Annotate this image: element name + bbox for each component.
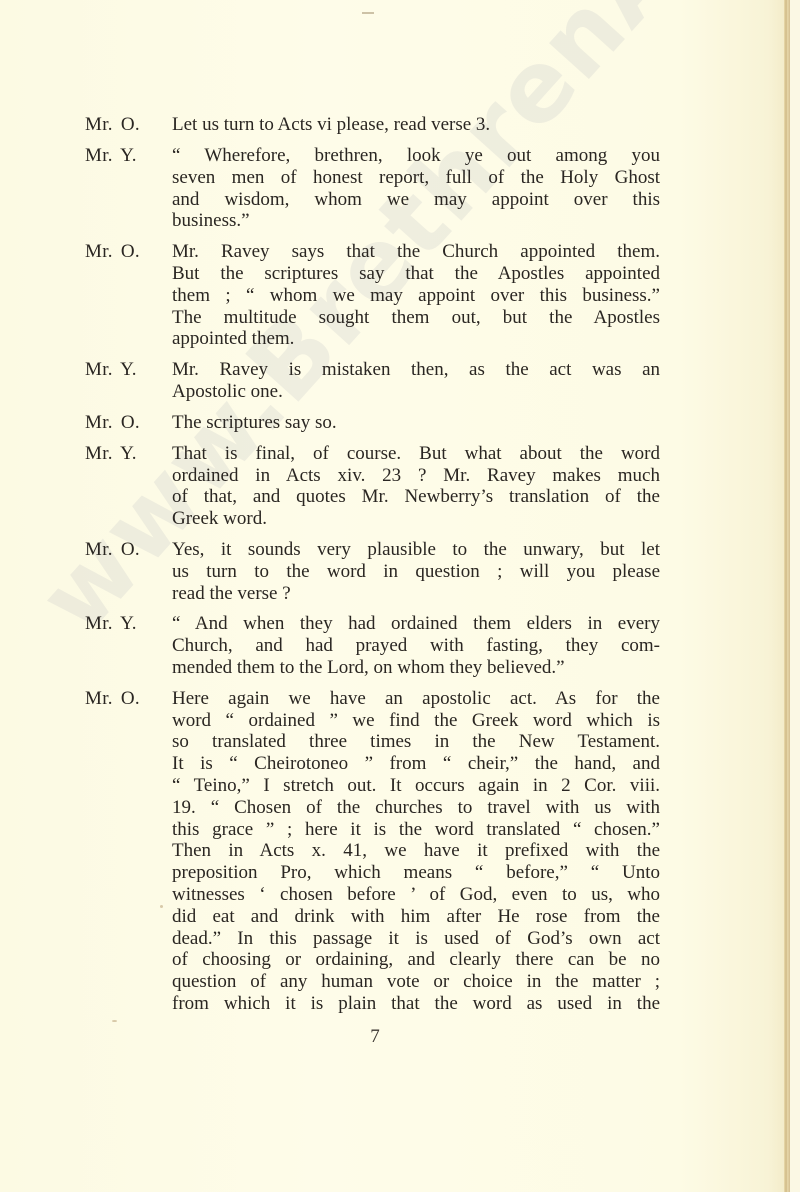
text-line: Yes, it sounds very plausible to the unw… <box>172 539 660 561</box>
speaker-label: Mr. O. <box>85 114 172 136</box>
text-line: The multitude sought them out, but the A… <box>172 307 660 329</box>
text-line: appointed them. <box>172 328 660 350</box>
speech-text: Mr. Ravey is mistaken then, as the act w… <box>172 359 660 403</box>
text-line: of that, and quotes Mr. Newberry’s trans… <box>172 486 660 508</box>
text-line: Greek word. <box>172 508 660 530</box>
text-line: 19. “ Chosen of the churches to travel w… <box>172 797 660 819</box>
text-line: did eat and drink with him after He rose… <box>172 906 660 928</box>
speech-text: Here again we have an apostolic act. As … <box>172 688 660 1015</box>
speaker-label: Mr. Y. <box>85 443 172 530</box>
text-line: Mr. Ravey says that the Church appointed… <box>172 241 660 263</box>
page-outer-margin <box>790 0 800 1192</box>
text-line: them ; “ whom we may appoint over this b… <box>172 285 660 307</box>
text-line: and wisdom, whom we may appoint over thi… <box>172 189 660 211</box>
text-line: That is final, of course. But what about… <box>172 443 660 465</box>
page-number: 7 <box>0 1026 750 1048</box>
text-line: Here again we have an apostolic act. As … <box>172 688 660 710</box>
dialogue-entry: Mr. O. Yes, it sounds very plausible to … <box>85 539 660 604</box>
text-line: Church, and had prayed with fasting, the… <box>172 635 660 657</box>
text-line: witnesses ‘ chosen before ’ of God, even… <box>172 884 660 906</box>
text-line: The scriptures say so. <box>172 412 660 434</box>
book-page: www.BrethrenArchive.org Mr. O. Let us tu… <box>0 0 800 1192</box>
text-line: “ And when they had ordained them elders… <box>172 613 660 635</box>
text-line: this grace ” ; here it is the word trans… <box>172 819 660 841</box>
dialogue-body: Mr. O. Let us turn to Acts vi please, re… <box>85 114 660 1024</box>
text-line: word “ ordained ” we find the Greek word… <box>172 710 660 732</box>
dialogue-entry: Mr. O. The scriptures say so. <box>85 412 660 434</box>
dialogue-entry: Mr. O. Here again we have an apostolic a… <box>85 688 660 1015</box>
speaker-label: Mr. O. <box>85 688 172 1015</box>
speaker-label: Mr. O. <box>85 539 172 604</box>
dialogue-entry: Mr. Y. Mr. Ravey is mistaken then, as th… <box>85 359 660 403</box>
speech-text: “ And when they had ordained them elders… <box>172 613 660 678</box>
text-line: question of any human vote or choice in … <box>172 971 660 993</box>
dialogue-entry: Mr. Y. “ Wherefore, brethren, look ye ou… <box>85 145 660 232</box>
text-line: ordained in Acts xiv. 23 ? Mr. Ravey mak… <box>172 465 660 487</box>
text-line: seven men of honest report, full of the … <box>172 167 660 189</box>
text-line: Let us turn to Acts vi please, read vers… <box>172 114 660 136</box>
text-line: business.” <box>172 210 660 232</box>
speaker-label: Mr. O. <box>85 241 172 350</box>
text-line: dead.” In this passage it is used of God… <box>172 928 660 950</box>
speaker-label: Mr. Y. <box>85 613 172 678</box>
speech-text: Let us turn to Acts vi please, read vers… <box>172 114 660 136</box>
text-line: us turn to the word in question ; will y… <box>172 561 660 583</box>
text-line: Then in Acts x. 41, we have it prefixed … <box>172 840 660 862</box>
dialogue-entry: Mr. O. Let us turn to Acts vi please, re… <box>85 114 660 136</box>
speech-text: Mr. Ravey says that the Church appointed… <box>172 241 660 350</box>
dialogue-entry: Mr. Y. That is final, of course. But wha… <box>85 443 660 530</box>
text-line: “ Wherefore, brethren, look ye out among… <box>172 145 660 167</box>
text-line: “ Teino,” I stretch out. It occurs again… <box>172 775 660 797</box>
text-line: mended them to the Lord, on whom they be… <box>172 657 660 679</box>
text-line: But the scriptures say that the Apostles… <box>172 263 660 285</box>
text-line: It is “ Cheirotoneo ” from “ cheir,” the… <box>172 753 660 775</box>
speaker-label: Mr. Y. <box>85 145 172 232</box>
dialogue-entry: Mr. O. Mr. Ravey says that the Church ap… <box>85 241 660 350</box>
text-line: of choosing or ordaining, and clearly th… <box>172 949 660 971</box>
speech-text: Yes, it sounds very plausible to the unw… <box>172 539 660 604</box>
dialogue-entry: Mr. Y. “ And when they had ordained them… <box>85 613 660 678</box>
speaker-label: Mr. Y. <box>85 359 172 403</box>
text-line: preposition Pro, which means “ before,” … <box>172 862 660 884</box>
text-line: Apostolic one. <box>172 381 660 403</box>
text-line: Mr. Ravey is mistaken then, as the act w… <box>172 359 660 381</box>
speech-text: The scriptures say so. <box>172 412 660 434</box>
speaker-label: Mr. O. <box>85 412 172 434</box>
speech-text: That is final, of course. But what about… <box>172 443 660 530</box>
print-mark <box>362 12 374 14</box>
text-line: from which it is plain that the word as … <box>172 993 660 1015</box>
text-line: so translated three times in the New Tes… <box>172 731 660 753</box>
speech-text: “ Wherefore, brethren, look ye out among… <box>172 145 660 232</box>
text-line: read the verse ? <box>172 583 660 605</box>
